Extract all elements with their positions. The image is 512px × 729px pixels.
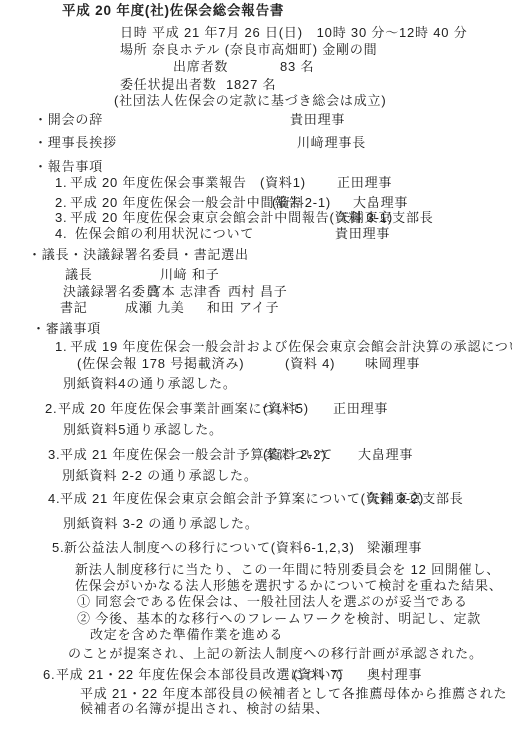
meta-datetime-value: 平成 21 年7月 26 日(日) 10時 30 分～12時 40 分 <box>152 26 468 40</box>
report-4-speaker: 貴田理事 <box>335 227 390 241</box>
agenda-4-number: 4. <box>48 492 60 506</box>
agenda-5-result: のことが提案され、上記の新法人制度への移行計画が承認された。 <box>68 647 483 661</box>
meta-quorum-note: (社団法人佐保会の定款に基づき総会は成立) <box>114 94 386 108</box>
report-1-number: 1. <box>55 176 67 190</box>
section-reports-heading: ・報告事項 <box>34 160 103 174</box>
section-greeting-heading: ・理事長挨拶 <box>34 136 117 150</box>
agenda-6-speaker: 奥村理事 <box>367 668 422 682</box>
agenda-5-point2-continued: 改定を含めた準備作業を進める <box>90 628 283 642</box>
agenda-1-text: 平成 19 年度佐保会一般会計および佐保会東京会館会計決算の承認について <box>70 340 512 354</box>
report-4-number: 4. <box>55 227 67 241</box>
report-1-speaker: 正田理事 <box>337 176 392 190</box>
report-1-text: 平成 20 年度佐保会事業報告 <box>70 176 247 190</box>
agenda-5-text: 新公益法人制度への移行について(資料6-1,2,3) <box>64 541 355 555</box>
agenda-2-ref: (資料5) <box>263 402 309 416</box>
election-signers-role: 決議録署名委員 <box>63 285 160 299</box>
agenda-5-point1: ① 同窓会である佐保会は、一般社団法人を選ぶのが妥当である <box>77 595 468 609</box>
agenda-1-result: 別紙資料4の通り承認した。 <box>63 377 237 391</box>
meta-datetime-label: 日時 <box>120 26 148 40</box>
report-4-text: 佐保会館の利用状況について <box>75 227 254 241</box>
election-secretary-name2: 和田 アイ子 <box>207 301 279 315</box>
agenda-5-speaker: 梁瀬理事 <box>367 541 422 555</box>
agenda-2-number: 2. <box>45 402 57 416</box>
agenda-1-speaker: 味岡理事 <box>365 357 420 371</box>
report-2-speaker: 大畠理事 <box>353 196 408 210</box>
section-election-heading: ・議長・決議録署名委員・書記選出 <box>28 248 249 262</box>
election-chair-name: 川﨑 和子 <box>160 268 220 282</box>
agenda-2-speaker: 正田理事 <box>333 402 388 416</box>
document-title: 平成 20 年度(社)佐保会総会報告書 <box>62 4 284 18</box>
agenda-4-result: 別紙資料 3-2 の通り承認した。 <box>63 517 259 531</box>
agenda-5-point2: ② 今後、基本的な移行へのフレームワークを検討、明記し、定款 <box>77 612 481 626</box>
report-3-speaker: 矢鋪東京支部長 <box>337 211 434 225</box>
agenda-4-speaker: 矢鋪東京支部長 <box>367 492 464 506</box>
election-signers-name2: 西村 昌子 <box>228 285 288 299</box>
meta-proxies-value: 1827 名 <box>226 78 276 92</box>
election-secretary-role: 書記 <box>60 301 88 315</box>
election-chair-role: 議長 <box>65 268 93 282</box>
agenda-6-para1: 平成 21・22 年度本部役員の候補者として各推薦母体から推薦された <box>80 687 507 701</box>
greeting-speaker: 川﨑理事長 <box>297 136 366 150</box>
agenda-5-number: 5. <box>52 541 64 555</box>
agenda-1-number: 1. <box>55 340 67 354</box>
opening-speaker: 貴田理事 <box>290 113 345 127</box>
agenda-1-ref: (資料 4) <box>285 357 335 371</box>
agenda-5-para1: 新法人制度移行に当たり、この一年間に特別委員会を 12 回開催し、 <box>75 563 500 577</box>
agenda-1-subnote: (佐保会報 178 号掲載済み) <box>77 357 244 371</box>
report-2-ref: (資料2-1) <box>272 196 331 210</box>
report-1-ref: (資料1) <box>260 176 306 190</box>
agenda-6-ref: (資料 7) <box>293 668 343 682</box>
election-signers-name1: 宮本 志津香 <box>148 285 221 299</box>
agenda-5-para2: 佐保会がいかなる法人形態を選択するかについて検討を重ねた結果、 <box>75 579 503 593</box>
meta-venue-value: 奈良ホテル (奈良市高畑町) 金剛の間 <box>152 43 377 57</box>
meta-proxies-label: 委任状提出者数 <box>120 78 217 92</box>
meta-attendees-label: 出席者数 <box>173 60 228 74</box>
meta-attendees-value: 83 名 <box>280 60 314 74</box>
section-agenda-heading: ・審議事項 <box>32 322 101 336</box>
agenda-2-result: 別紙資料5通り承認した。 <box>63 423 223 437</box>
report-2-number: 2. <box>55 196 67 210</box>
section-opening-heading: ・開会の辞 <box>34 113 103 127</box>
meta-venue-label: 場所 <box>120 43 148 57</box>
agenda-6-number: 6. <box>43 668 55 682</box>
agenda-3-number: 3. <box>48 448 60 462</box>
agenda-6-para2: 候補者の名簿が提出され、検討の結果、 <box>80 702 329 716</box>
agenda-3-ref: (資料 2-2) <box>263 448 326 462</box>
agenda-3-speaker: 大畠理事 <box>358 448 413 462</box>
report-3-number: 3. <box>55 211 67 225</box>
election-secretary-name1: 成瀬 九美 <box>125 301 185 315</box>
document-page: 平成 20 年度(社)佐保会総会報告書 日時 平成 21 年7月 26 日(日)… <box>0 0 512 729</box>
agenda-3-result: 別紙資料 2-2 の通り承認した。 <box>62 469 258 483</box>
report-2-text: 平成 20 年度佐保会一般会計中間報告 <box>70 196 302 210</box>
